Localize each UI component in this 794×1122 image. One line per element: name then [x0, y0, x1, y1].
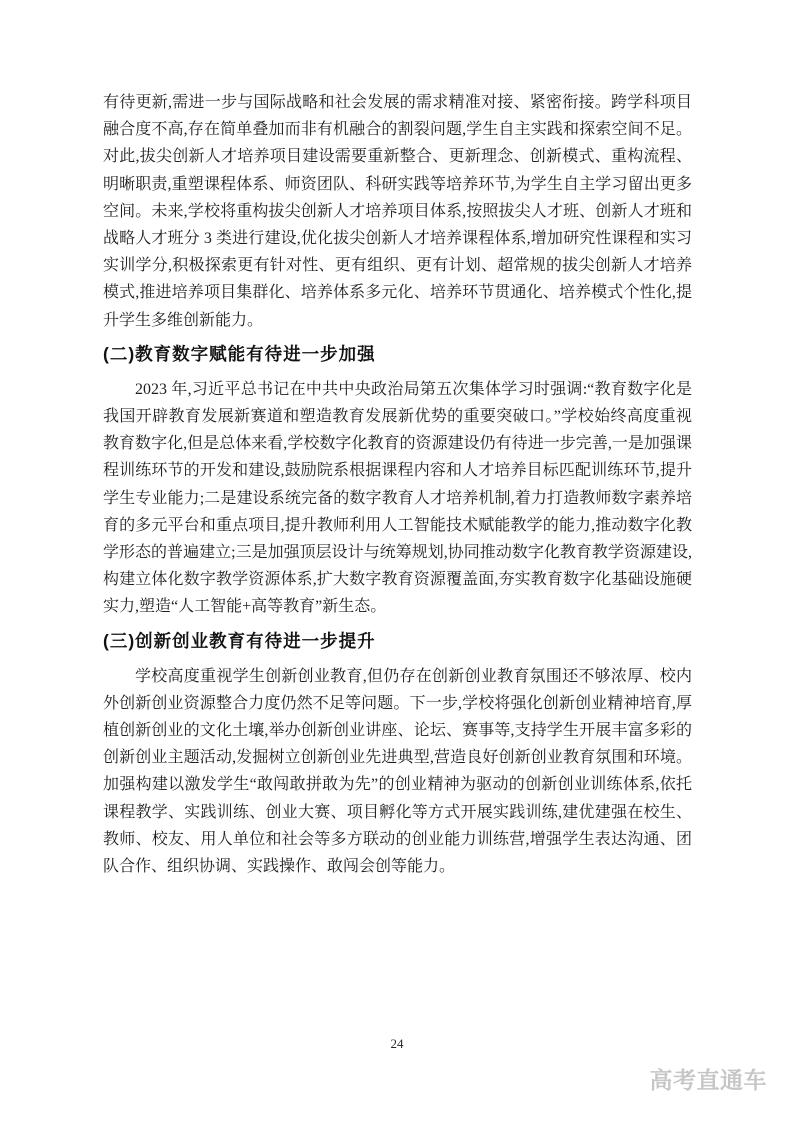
paragraph-innovation-entrepreneurship: 学校高度重视学生创新创业教育,但仍存在创新创业教育氛围还不够浓厚、校内外创新创业… — [103, 663, 692, 881]
paragraph-talent-training: 有待更新,需进一步与国际战略和社会发展的需求精准对接、紧密衔接。跨学科项目融合度… — [103, 89, 692, 334]
document-page: 有待更新,需进一步与国际战略和社会发展的需求精准对接、紧密衔接。跨学科项目融合度… — [0, 0, 794, 1122]
page-content: 有待更新,需进一步与国际战略和社会发展的需求精准对接、紧密衔接。跨学科项目融合度… — [103, 0, 692, 880]
page-number: 24 — [0, 1036, 794, 1052]
heading-digital-education: (二)教育数字赋能有待进一步加强 — [103, 338, 692, 370]
heading-innovation-entrepreneurship: (三)创新创业教育有待进一步提升 — [103, 625, 692, 657]
watermark-gaokao-zhitongche: 高考直通车 — [650, 1062, 768, 1095]
paragraph-digital-education: 2023 年,习近平总书记在中共中央政治局第五次集体学习时强调:“教育数字化是我… — [103, 376, 692, 621]
